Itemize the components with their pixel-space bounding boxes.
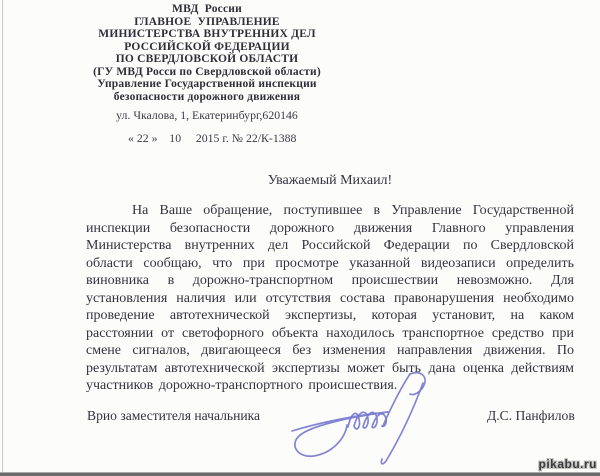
watermark-pikabu: pikabu.ru — [538, 457, 597, 471]
signature-stroke-descender — [381, 383, 423, 464]
signature-stroke-ascender — [383, 374, 410, 426]
scan-edge-bottom — [0, 472, 600, 476]
letterhead-line: Управление Государственной инспекции — [37, 78, 377, 91]
letterhead-address: ул. Чкалова, 1, Екатеринбург,620146 — [37, 108, 377, 123]
letterhead-line: ПО СВЕРДЛОВСКОЙ ОБЛАСТИ — [37, 53, 377, 66]
document-page: МВД России ГЛАВНОЕ УПРАВЛЕНИЕ МИНИСТЕРСТ… — [0, 0, 600, 476]
letterhead-line: МВД России — [37, 3, 377, 16]
salutation: Уважаемый Михаил! — [86, 173, 574, 189]
letter-body: На Ваше обращение, поступившее в Управле… — [86, 202, 574, 395]
letterhead: МВД России ГЛАВНОЕ УПРАВЛЕНИЕ МИНИСТЕРСТ… — [37, 3, 377, 103]
signer-name: Д.С. Панфилов — [487, 408, 575, 424]
letterhead-line: ГЛАВНОЕ УПРАВЛЕНИЕ — [37, 16, 377, 29]
letterhead-line: МИНИСТЕРСТВА ВНУТРЕННИХ ДЕЛ — [37, 28, 377, 41]
scan-edge-left — [2, 0, 3, 476]
letterhead-line: РОССИЙСКОЙ ФЕДЕРАЦИИ — [37, 41, 377, 54]
letterhead-line: (ГУ МВД Росси по Свердловской области) — [37, 66, 377, 79]
letterhead-line: безопасности дорожного движения — [37, 91, 377, 104]
signature-stroke-loop — [292, 412, 388, 456]
signer-position: Врио заместителя начальника — [87, 408, 260, 424]
date-reference-line: « 22 » 10 2015 г. № 22/К-1388 — [128, 131, 296, 146]
signature-stroke-zigzag — [348, 412, 386, 429]
handwritten-signature — [288, 371, 442, 469]
